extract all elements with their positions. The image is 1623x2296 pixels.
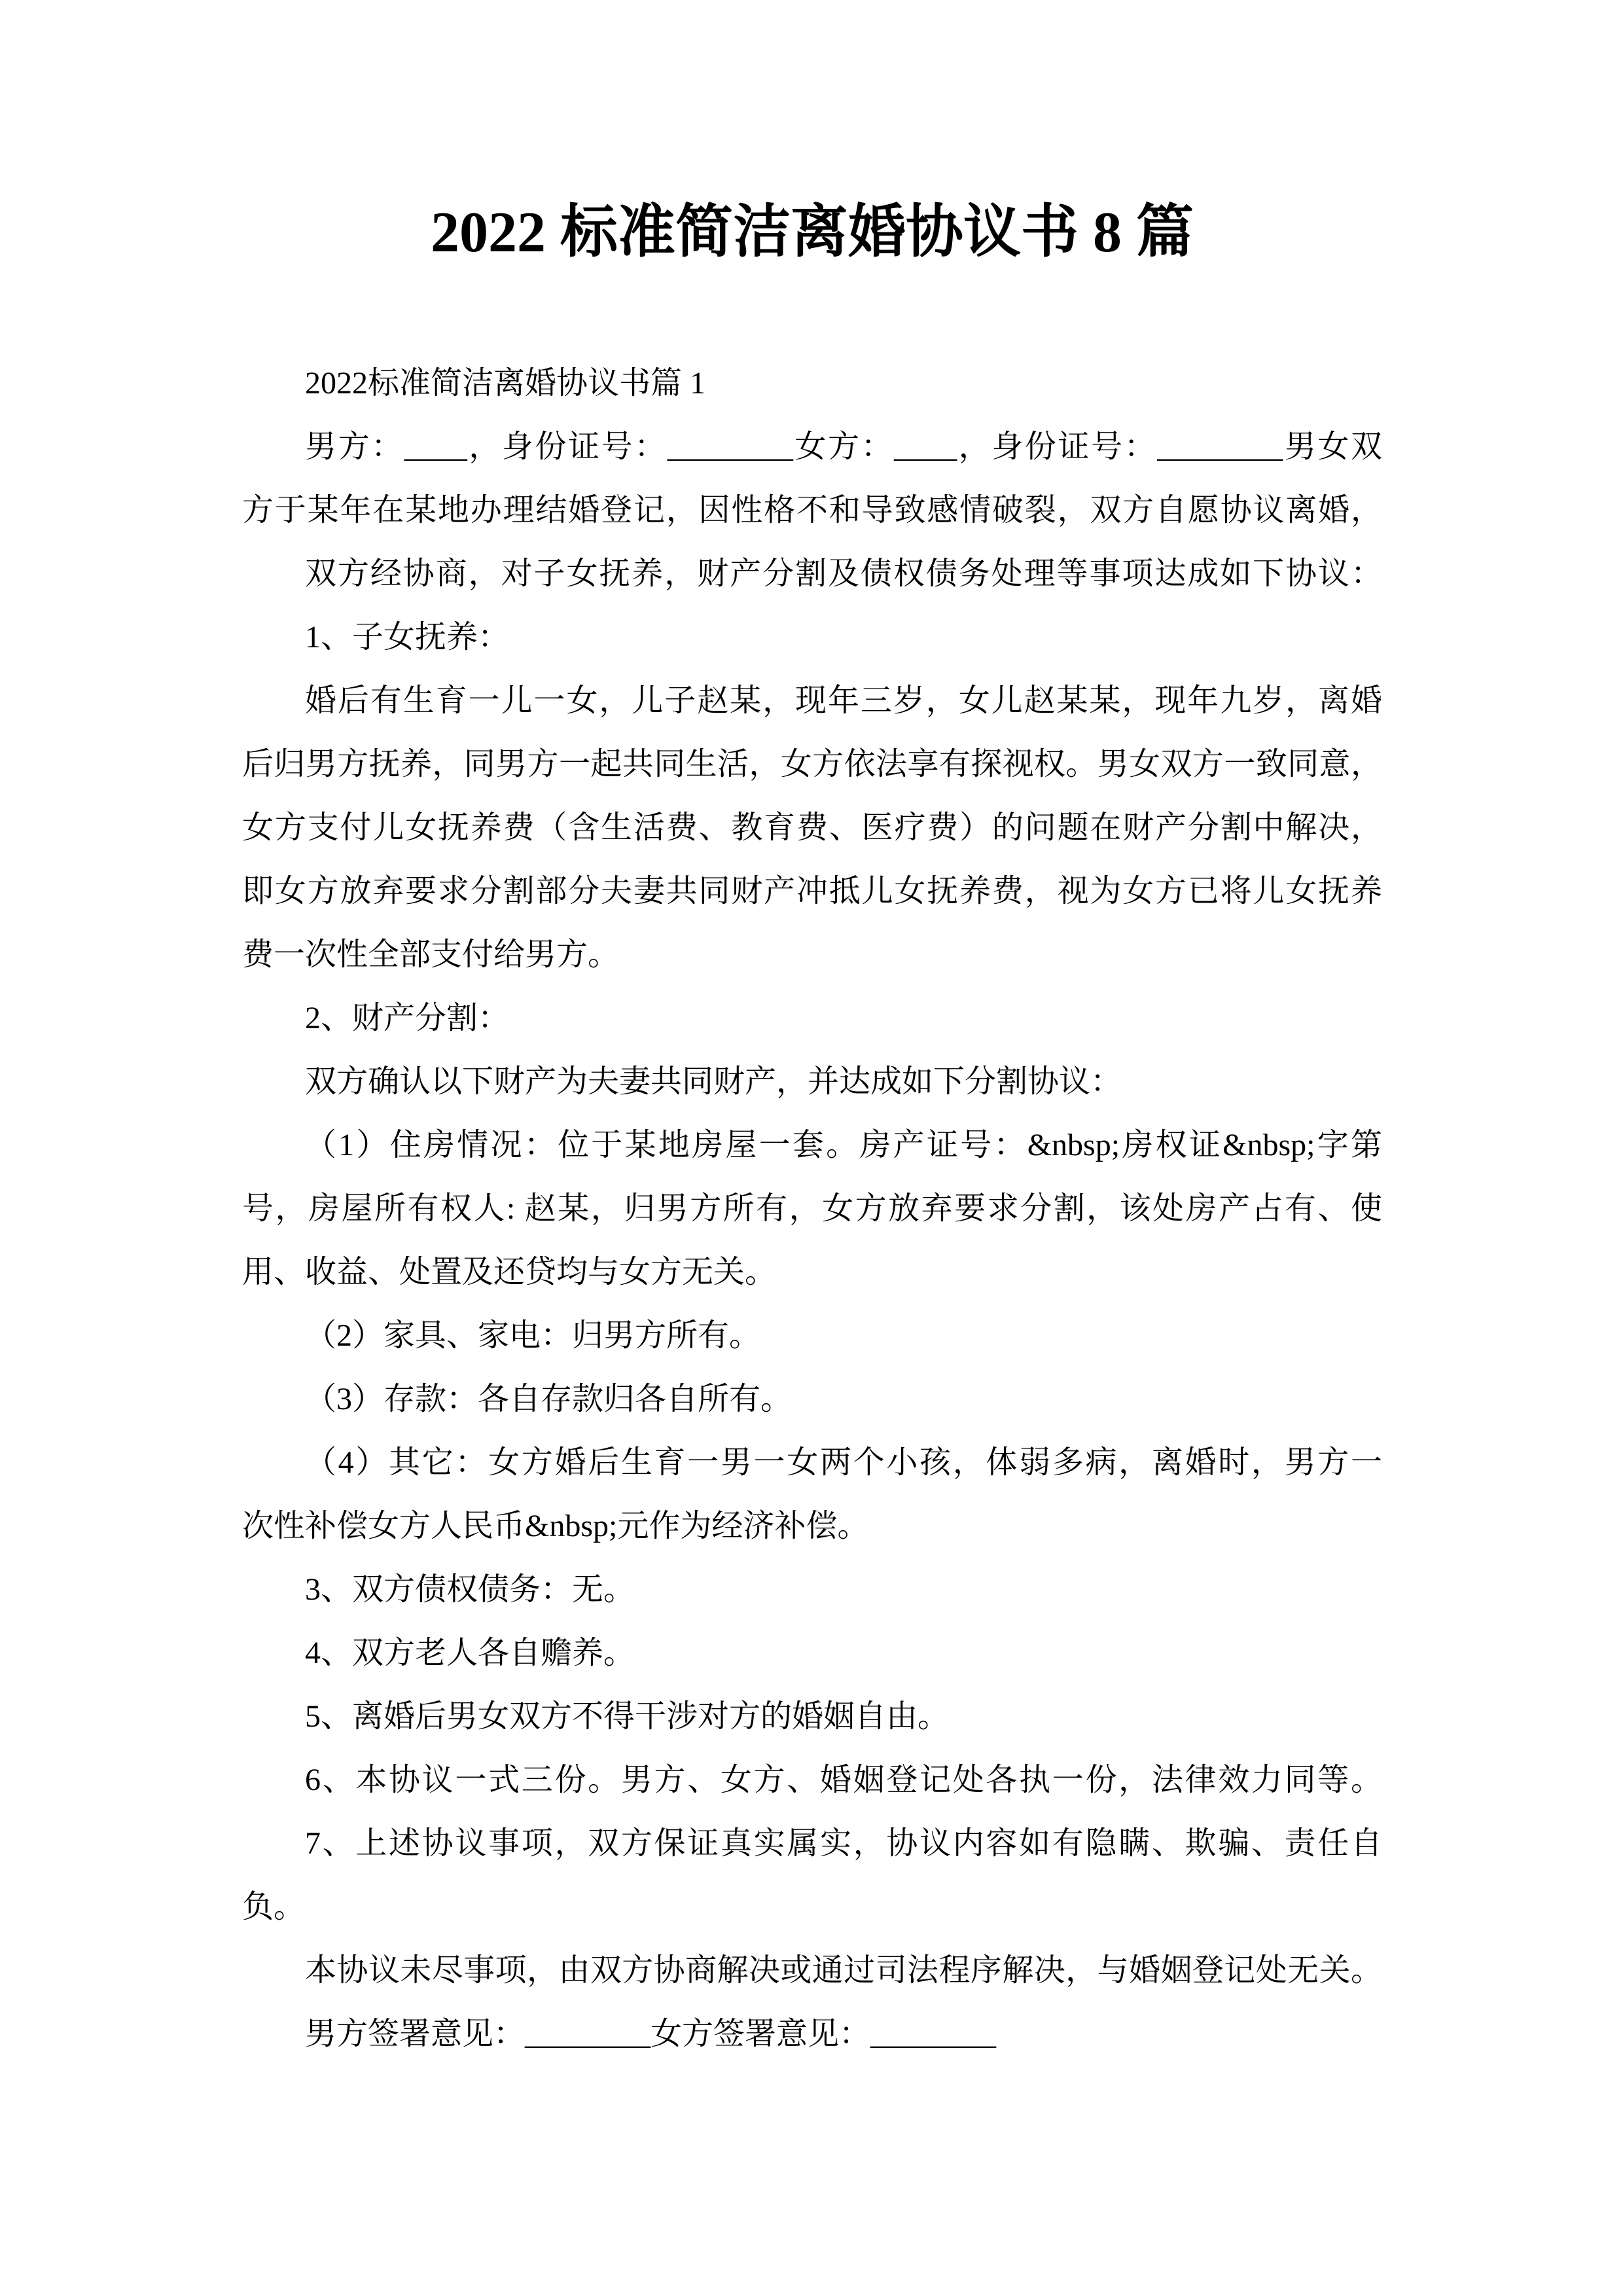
text-line: （2）家具、家电：归男方所有。 xyxy=(242,1304,1382,1367)
text-line: 本协议未尽事项，由双方协商解决或通过司法程序解决，与婚姻登记处无关。 xyxy=(242,1939,1382,2002)
text-line: （1）住房情况：位于某地房屋一套。房产证号：&nbsp;房权证&nbsp;字第 xyxy=(242,1113,1382,1177)
text-line: 婚后有生育一儿一女，儿子赵某，现年三岁，女儿赵某某，现年九岁，离婚 xyxy=(242,669,1382,732)
text-line: 方于某年在某地办理结婚登记，因性格不和导致感情破裂，双方自愿协议离婚， xyxy=(242,478,1382,542)
text-line: 后归男方抚养，同男方一起共同生活，女方依法享有探视权。男女双方一致同意， xyxy=(242,732,1382,796)
text-line-clause-6: 6、本协议一式三份。男方、女方、婚姻登记处各执一份，法律效力同等。 xyxy=(242,1748,1382,1812)
text-line-clause-7: 7、上述协议事项，双方保证真实属实，协议内容如有隐瞒、欺骗、责任自 xyxy=(242,1812,1382,1875)
text-line: 费一次性全部支付给男方。 xyxy=(242,923,1382,986)
text-line-clause-1: 1、子女抚养： xyxy=(242,605,1382,669)
text-line: 男方：____，身份证号：________女方：____，身份证号：______… xyxy=(242,415,1382,478)
text-line: 即女方放弃要求分割部分夫妻共同财产冲抵儿女抚养费，视为女方已将儿女抚养 xyxy=(242,859,1382,923)
text-line: 双方确认以下财产为夫妻共同财产，并达成如下分割协议： xyxy=(242,1050,1382,1113)
text-line-signature: 男方签署意见：________女方签署意见：________ xyxy=(242,2002,1382,2066)
text-line: 用、收益、处置及还贷均与女方无关。 xyxy=(242,1240,1382,1304)
document-body: 2022标准简洁离婚协议书篇 1 男方：____，身份证号：________女方… xyxy=(242,351,1382,2066)
text-line: 负。 xyxy=(242,1875,1382,1939)
text-line: 号，房屋所有权人: 赵某，归男方所有，女方放弃要求分割，该处房产占有、使 xyxy=(242,1177,1382,1240)
text-line: （3）存款：各自存款归各自所有。 xyxy=(242,1367,1382,1431)
text-line-clause-3: 3、双方债权债务：无。 xyxy=(242,1558,1382,1621)
text-line: 女方支付儿女抚养费（含生活费、教育费、医疗费）的问题在财产分割中解决， xyxy=(242,796,1382,859)
text-line: 次性补偿女方人民币&nbsp;元作为经济补偿。 xyxy=(242,1494,1382,1558)
text-line-section-heading: 2022标准简洁离婚协议书篇 1 xyxy=(242,351,1382,415)
text-line: （4）其它：女方婚后生育一男一女两个小孩，体弱多病，离婚时，男方一 xyxy=(242,1431,1382,1494)
document-title: 2022 标准简洁离婚协议书 8 篇 xyxy=(242,198,1382,268)
text-line-clause-2: 2、财产分割： xyxy=(242,986,1382,1050)
text-line: 双方经协商，对子女抚养，财产分割及债权债务处理等事项达成如下协议： xyxy=(242,542,1382,605)
document-page: 2022 标准简洁离婚协议书 8 篇 2022标准简洁离婚协议书篇 1 男方：_… xyxy=(0,0,1623,2296)
text-line-clause-4: 4、双方老人各自赡养。 xyxy=(242,1621,1382,1685)
text-line-clause-5: 5、离婚后男女双方不得干涉对方的婚姻自由。 xyxy=(242,1685,1382,1748)
